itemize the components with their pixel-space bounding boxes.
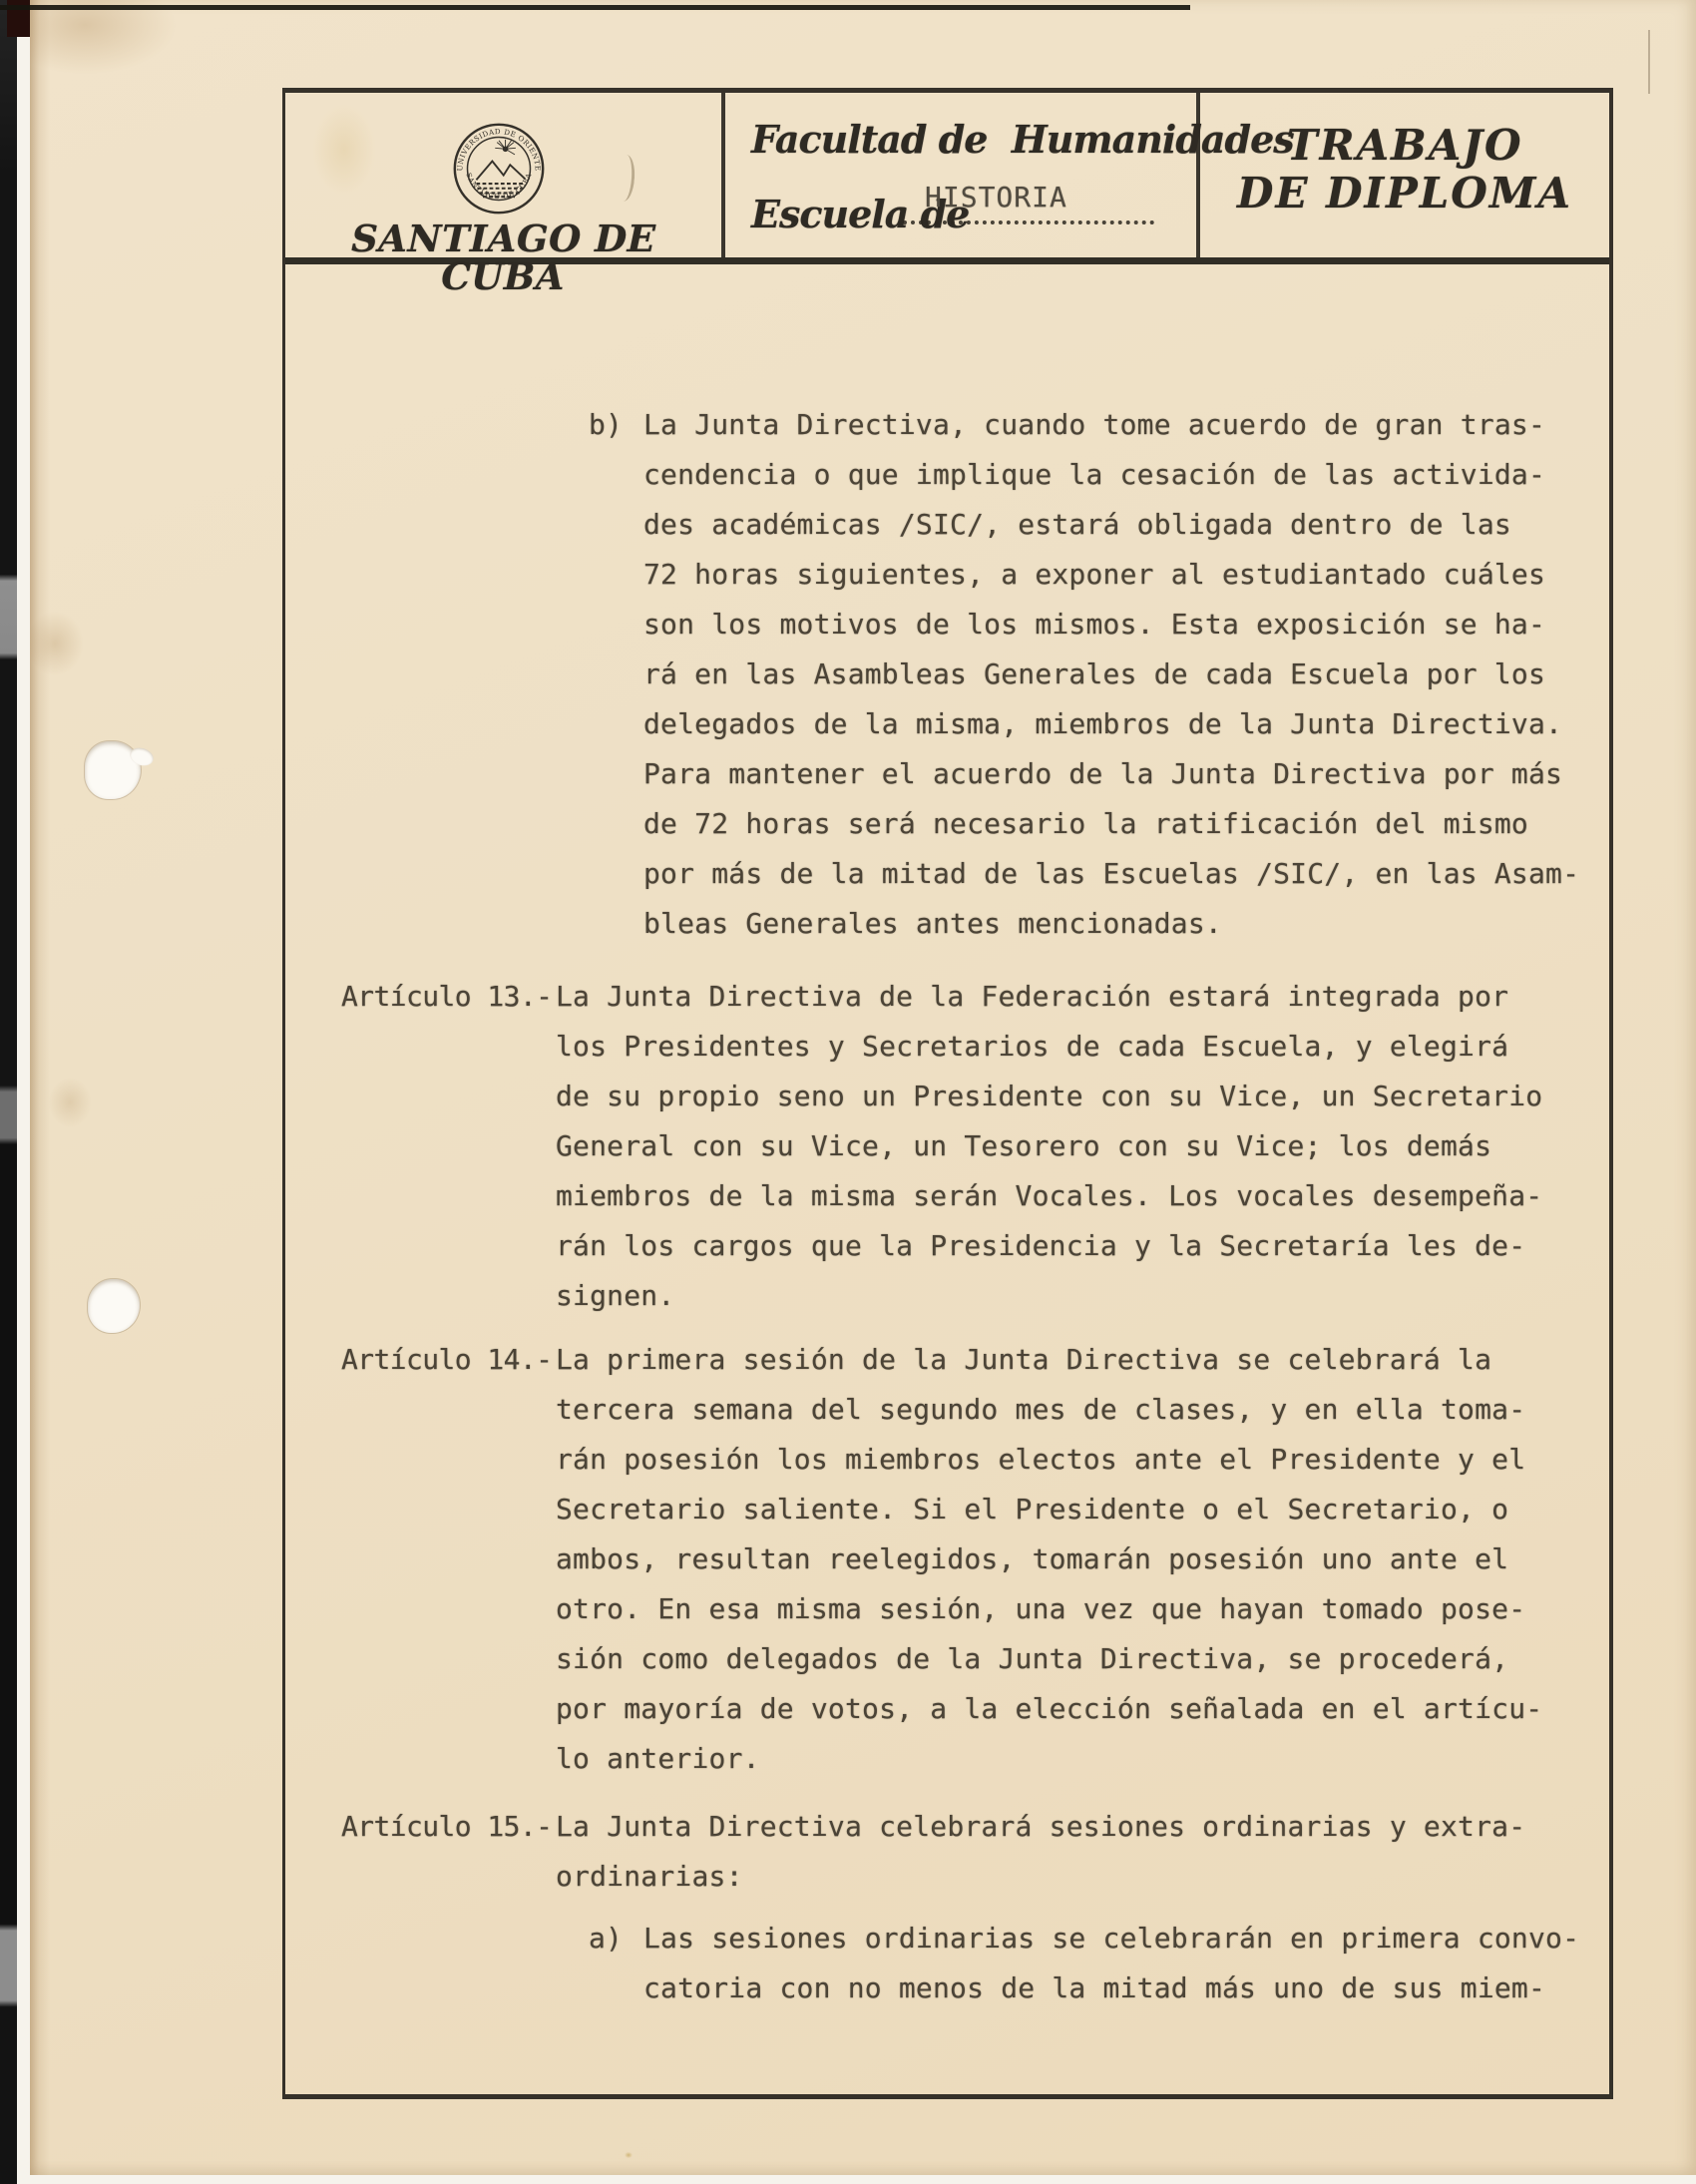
text-line: rá en las Asambleas Generales de cada Es… bbox=[643, 650, 1569, 699]
letterhead-cell-doc-type: TRABAJO DE DIPLOMA bbox=[1200, 93, 1609, 257]
text-line: miembros de la misma serán Vocales. Los … bbox=[556, 1171, 1569, 1221]
letterhead: UNIVERSIDAD DE ORIENTE SANTIAGO DE CUBA bbox=[285, 93, 1609, 264]
text-line: cendencia o que implique la cesación de … bbox=[643, 450, 1569, 500]
article-text: La primera sesión de la Junta Directiva … bbox=[556, 1335, 1569, 1784]
text-line: Para mantener el acuerdo de la Junta Dir… bbox=[643, 749, 1569, 799]
article-text: La Junta Directiva de la Federación esta… bbox=[556, 972, 1569, 1321]
article-15: Artículo 15.- La Junta Directiva celebra… bbox=[341, 1802, 1569, 1902]
text-line: Las sesiones ordinarias se celebrarán en… bbox=[643, 1914, 1569, 1964]
scanner-edge-strip bbox=[0, 0, 17, 2184]
text-line: son los motivos de los mismos. Esta expo… bbox=[643, 600, 1569, 650]
text-line: rán posesión los miembros electos ante e… bbox=[556, 1435, 1569, 1485]
doc-type-line2: DE DIPLOMA bbox=[1200, 172, 1609, 216]
school-value-typed: HISTORIA bbox=[925, 181, 1067, 214]
text-line: por mayoría de votos, a la elección seña… bbox=[556, 1684, 1569, 1734]
university-seal-icon: UNIVERSIDAD DE ORIENTE SANTIAGO DE CUBA bbox=[452, 122, 546, 216]
paper-crease-mark bbox=[1648, 30, 1650, 94]
text-line: La Junta Directiva de la Federación esta… bbox=[556, 972, 1569, 1022]
text-line: de su propio seno un Presidente con su V… bbox=[556, 1072, 1569, 1121]
text-line: La Junta Directiva celebrará sesiones or… bbox=[556, 1802, 1569, 1852]
text-line: signen. bbox=[556, 1271, 1569, 1321]
article-13: Artículo 13.- La Junta Directiva de la F… bbox=[341, 972, 1569, 1321]
seal-mountains-icon bbox=[476, 161, 525, 180]
doc-type-line1: TRABAJO bbox=[1200, 124, 1609, 168]
list-item-marker: a) bbox=[589, 1914, 643, 1964]
list-item-a: a) Las sesiones ordinarias se celebrarán… bbox=[589, 1914, 1569, 2013]
text-line: La Junta Directiva, cuando tome acuerdo … bbox=[643, 400, 1569, 450]
text-line: ordinarias: bbox=[556, 1852, 1569, 1902]
text-line: General con su Vice, un Tesorero con su … bbox=[556, 1121, 1569, 1171]
list-item-text: La Junta Directiva, cuando tome acuerdo … bbox=[643, 400, 1569, 949]
text-line: otro. En esa misma sesión, una vez que h… bbox=[556, 1584, 1569, 1634]
punch-hole bbox=[85, 741, 141, 799]
text-line: de 72 horas será necesario la ratificaci… bbox=[643, 799, 1569, 849]
seal-sun-icon bbox=[495, 140, 516, 155]
paper-deckled-edge bbox=[30, 0, 52, 2175]
letterhead-cell-university: UNIVERSIDAD DE ORIENTE SANTIAGO DE CUBA bbox=[285, 93, 725, 257]
text-line: 72 horas siguientes, a exponer al estudi… bbox=[643, 550, 1569, 600]
article-label: Artículo 15.- bbox=[341, 1802, 556, 1852]
article-label: Artículo 13.- bbox=[341, 972, 556, 1022]
text-line: los Presidentes y Secretarios de cada Es… bbox=[556, 1022, 1569, 1072]
article-text: La Junta Directiva celebrará sesiones or… bbox=[556, 1802, 1569, 1902]
list-item-text: Las sesiones ordinarias se celebrarán en… bbox=[643, 1914, 1569, 2013]
text-line: tercera semana del segundo mes de clases… bbox=[556, 1385, 1569, 1435]
list-item-marker: b) bbox=[589, 400, 643, 450]
text-line: bleas Generales antes mencionadas. bbox=[643, 899, 1569, 949]
pen-stray-mark bbox=[617, 154, 636, 202]
text-line: Secretario saliente. Si el Presidente o … bbox=[556, 1485, 1569, 1534]
text-line: por más de la mitad de las Escuelas /SIC… bbox=[643, 849, 1569, 899]
text-line: catoria con no menos de la mitad más uno… bbox=[643, 1964, 1569, 2013]
text-line: rán los cargos que la Presidencia y la S… bbox=[556, 1221, 1569, 1271]
text-line: ambos, resultan reelegidos, tomarán pose… bbox=[556, 1534, 1569, 1584]
school-fill-line bbox=[903, 219, 1154, 224]
list-item-b: b) La Junta Directiva, cuando tome acuer… bbox=[589, 400, 1569, 949]
punch-hole bbox=[88, 1279, 140, 1333]
document-border-box: UNIVERSIDAD DE ORIENTE SANTIAGO DE CUBA bbox=[282, 88, 1613, 2099]
text-line: La primera sesión de la Junta Directiva … bbox=[556, 1335, 1569, 1385]
text-line: sión como delegados de la Junta Directiv… bbox=[556, 1634, 1569, 1684]
paper-sheet: UNIVERSIDAD DE ORIENTE SANTIAGO DE CUBA bbox=[30, 0, 1696, 2175]
text-line: des académicas /SIC/, estará obligada de… bbox=[643, 500, 1569, 550]
document-body: b) La Junta Directiva, cuando tome acuer… bbox=[285, 264, 1609, 2094]
article-14: Artículo 14.- La primera sesión de la Ju… bbox=[341, 1335, 1569, 1784]
letterhead-cell-school: Facultad de Humanidades Escuela de HISTO… bbox=[725, 93, 1200, 257]
scan-edge-line bbox=[0, 5, 1190, 10]
text-line: delegados de la misma, miembros de la Ju… bbox=[643, 699, 1569, 749]
article-label: Artículo 14.- bbox=[341, 1335, 556, 1385]
text-line: lo anterior. bbox=[556, 1734, 1569, 1784]
